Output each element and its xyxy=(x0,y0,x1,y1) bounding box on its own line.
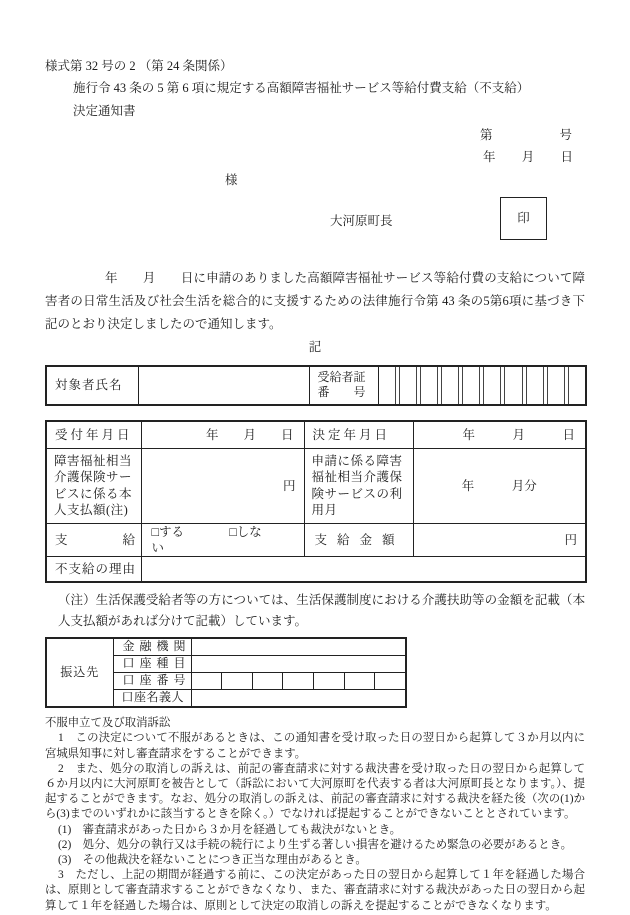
document-page: 様式第 32 号の 2 （第 24 条関係） 施行令 43 条の 5 第 6 項… xyxy=(0,0,630,915)
notice-paragraph: 年 月 日に申請のありました高額障害福祉サービス等給付費の支給について障害者の日… xyxy=(45,267,585,336)
cert-digit-box xyxy=(441,367,459,404)
seal-box: 印 xyxy=(500,197,547,240)
account-digit-box xyxy=(314,673,345,689)
decision-table: 受付年月日 年 月 日 決定年月日 年 月 日 障害福祉相当介護保険サービスに係… xyxy=(45,420,587,584)
cert-digit-box xyxy=(483,367,501,404)
account-number-cells xyxy=(191,673,406,690)
cert-number-label-line1: 受給者証 xyxy=(318,370,378,385)
supply-amount-label: 支給金額 xyxy=(304,523,413,557)
self-pay-label: 障害福祉相当介護保険サービスに係る本人支払額(注) xyxy=(46,448,141,523)
date-month-label: 月 xyxy=(522,149,535,165)
date-day-label: 日 xyxy=(560,149,573,165)
supply-option-yes-checkbox: □する xyxy=(152,525,185,539)
doc-date-line: 年 月 日 xyxy=(483,149,573,165)
usage-month-field: 年 月分 xyxy=(413,448,586,523)
cert-number-cells xyxy=(378,366,586,405)
denial-reason-field xyxy=(141,557,586,583)
supply-amount-field: 円 xyxy=(413,523,586,557)
appeal-subitem-2: (2) 処分、処分の執行又は手続の続行により生ずる著しい損害を避けるため緊急の必… xyxy=(58,838,585,853)
institution-field xyxy=(191,638,406,656)
decision-date-label: 決定年月日 xyxy=(304,421,413,449)
appeal-subitem-3: (3) その他裁決を経ないことにつき正当な理由があるとき。 xyxy=(58,853,585,868)
cert-digit-box xyxy=(504,367,522,404)
cert-number-label-line2: 番 号 xyxy=(318,385,378,400)
cert-digit-box xyxy=(568,367,585,404)
doc-number-suffix: 号 xyxy=(559,127,572,143)
account-holder-label: 口座名義人 xyxy=(113,690,191,708)
cert-digit-box xyxy=(547,367,565,404)
bank-transfer-label: 振込先 xyxy=(46,638,113,707)
appeal-item-1: 1 この決定について不服があるときは、この通知書を受け取った日の翌日から起算して… xyxy=(45,731,585,761)
issuer-row: 大河原町長 印 xyxy=(45,195,585,249)
account-digit-box xyxy=(253,673,284,689)
decision-date-field: 年 月 日 xyxy=(413,421,586,449)
account-holder-field xyxy=(191,690,406,708)
bank-transfer-table: 振込先 金融機関 口座種目 口座番号 口座名義 xyxy=(45,637,407,708)
receipt-date-label: 受付年月日 xyxy=(46,421,141,449)
cert-digit-box xyxy=(462,367,480,404)
addressee-honorific: 様 xyxy=(225,172,585,188)
account-digit-box xyxy=(283,673,314,689)
appeal-section: 不服申立て及び取消訴訟 1 この決定について不服があるときは、この通知書を受け取… xyxy=(45,716,585,914)
appeal-item-2: 2 また、処分の取消しの訴えは、前記の審査請求に対する裁決書を受け取った日の翌日… xyxy=(45,762,585,823)
date-year-label: 年 xyxy=(483,149,496,165)
account-number-label: 口座番号 xyxy=(113,673,191,690)
appeal-title: 不服申立て及び取消訴訟 xyxy=(45,716,585,731)
section-marker: 記 xyxy=(45,339,585,355)
cert-digit-box xyxy=(399,367,417,404)
account-type-label: 口座種目 xyxy=(113,656,191,673)
usage-month-label: 申請に係る障害福祉相当介護保険サービスの利用月 xyxy=(304,448,413,523)
issuer-name: 大河原町長 xyxy=(330,213,393,229)
seal-label: 印 xyxy=(517,210,530,226)
subject-table: 対象者氏名 受給者証 番 号 xyxy=(45,365,587,406)
cert-digit-box xyxy=(420,367,438,404)
cert-digit-row xyxy=(379,367,586,404)
account-type-field xyxy=(191,656,406,673)
appeal-item-3: 3 ただし、上記の期間が経過する前に、この決定があった日の翌日から起算して１年を… xyxy=(45,868,585,914)
institution-label: 金融機関 xyxy=(113,638,191,656)
account-digit-box xyxy=(222,673,253,689)
receipt-date-field: 年 月 日 xyxy=(141,421,304,449)
doc-number-line: 第 号 xyxy=(480,127,572,143)
doc-number-prefix: 第 xyxy=(480,127,493,143)
supply-label: 支 給 xyxy=(46,523,141,557)
account-digit-box xyxy=(345,673,376,689)
subject-name-label: 対象者氏名 xyxy=(46,366,138,405)
supply-options: □する □しない xyxy=(141,523,304,557)
appeal-subitem-1: (1) 審査請求があった日から３か月を経過しても裁決がないとき。 xyxy=(58,823,585,838)
note-text: （注）生活保護受給者等の方については、生活保護制度における介護扶助等の金額を記載… xyxy=(58,590,585,632)
self-pay-field: 円 xyxy=(141,448,304,523)
account-digit-row xyxy=(192,673,406,689)
account-digit-box xyxy=(375,673,405,689)
cert-digit-box xyxy=(526,367,544,404)
document-title-line1: 施行令 43 条の 5 第 6 項に規定する高額障害福祉サービス等給付費支給（不… xyxy=(73,80,585,96)
denial-reason-label: 不支給の理由 xyxy=(46,557,141,583)
document-title-line2: 決定通知書 xyxy=(73,103,585,119)
subject-name-field xyxy=(138,366,309,405)
account-digit-box xyxy=(192,673,223,689)
form-number: 様式第 32 号の 2 （第 24 条関係） xyxy=(45,58,585,74)
cert-digit-box xyxy=(379,367,396,404)
cert-number-label: 受給者証 番 号 xyxy=(309,366,378,405)
